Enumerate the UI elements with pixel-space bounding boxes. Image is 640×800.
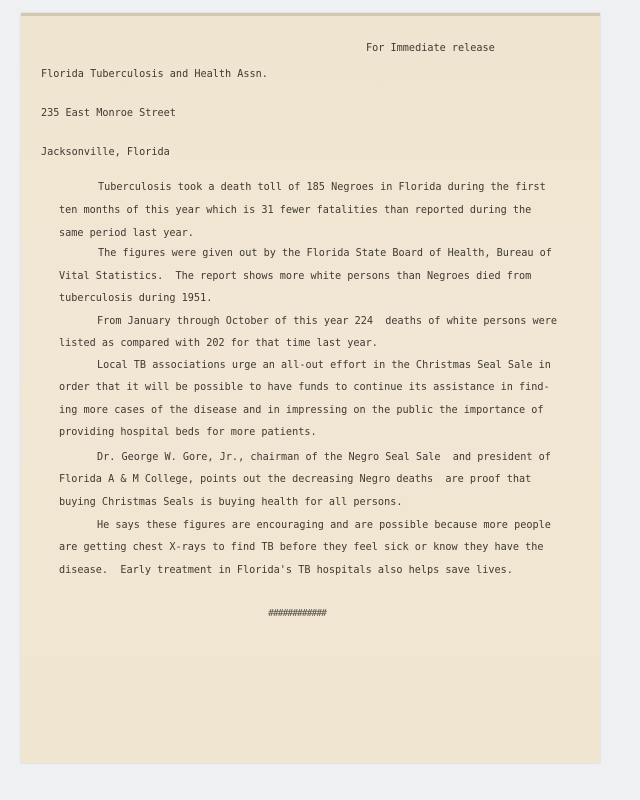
paragraph-4-line-2: order that it will be possible to have f… — [59, 381, 550, 395]
paragraph-4-line-4: providing hospital beds for more patient… — [59, 426, 317, 440]
paragraph-4-line-3: ing more cases of the disease and in imp… — [59, 404, 544, 418]
paragraph-2-line-3: tuberculosis during 1951. — [59, 292, 212, 306]
end-of-release-mark: ############ — [268, 608, 326, 619]
paragraph-5-line-3: buying Christmas Seals is buying health … — [59, 496, 402, 510]
paragraph-5-line-1: Dr. George W. Gore, Jr., chairman of the… — [97, 451, 551, 465]
paragraph-6-line-1: He says these figures are encouraging an… — [97, 519, 551, 533]
paragraph-1-line-1: Tuberculosis took a death toll of 185 Ne… — [98, 181, 546, 195]
sender-street: 235 East Monroe Street — [41, 107, 268, 120]
release-notice: For Immediate release — [366, 42, 495, 55]
paragraph-4-line-1: Local TB associations urge an all-out ef… — [97, 359, 551, 373]
paragraph-1-line-2: ten months of this year which is 31 fewe… — [59, 204, 531, 218]
sender-city: Jacksonville, Florida — [41, 146, 268, 159]
paragraph-1-line-3: same period last year. — [59, 227, 194, 241]
paragraph-5-line-2: Florida A & M College, points out the de… — [59, 473, 531, 487]
paragraph-3-line-1: From January through October of this yea… — [97, 315, 557, 329]
sender-address-block: Florida Tuberculosis and Health Assn. 23… — [41, 42, 268, 172]
paragraph-2-line-2: Vital Statistics. The report shows more … — [59, 270, 531, 284]
sender-organization: Florida Tuberculosis and Health Assn. — [41, 68, 268, 81]
paragraph-2-line-1: The figures were given out by the Florid… — [98, 247, 552, 261]
paragraph-6-line-2: are getting chest X-rays to find TB befo… — [59, 541, 544, 555]
paragraph-6-line-3: disease. Early treatment in Florida's TB… — [59, 564, 513, 578]
paragraph-3-line-2: listed as compared with 202 for that tim… — [59, 337, 378, 351]
